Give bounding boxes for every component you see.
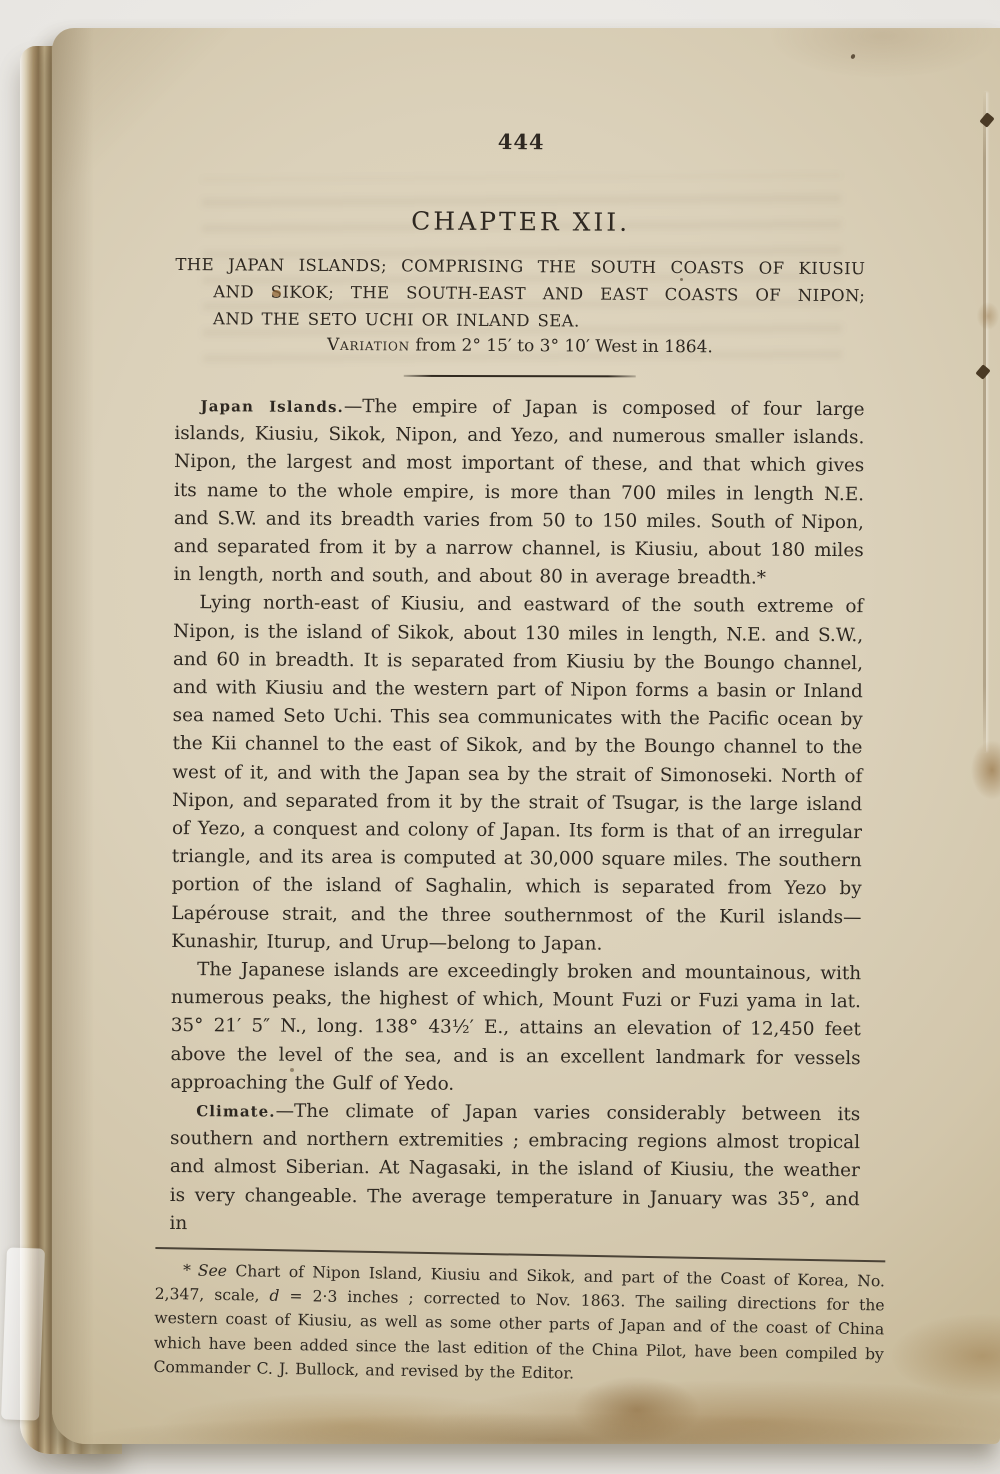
photo-backdrop: 444 CHAPTER XII. THE JAPAN ISLANDS; COMP… <box>0 0 1000 1474</box>
paragraph-text: The Japanese islands are exceedingly bro… <box>170 959 861 1094</box>
paragraph-lead: Japan Islands. <box>200 397 343 416</box>
footnote-see: See <box>198 1262 227 1280</box>
plastic-sleeve <box>1 1247 45 1420</box>
section-rule <box>404 375 636 378</box>
body-paragraph: Lying north-east of Kiusiu, and eastward… <box>171 589 863 960</box>
footnote-d-variable: d <box>269 1287 279 1305</box>
footnote-marker: * <box>183 1261 191 1279</box>
body-text: Japan Islands.—The empire of Japan is co… <box>169 392 865 1383</box>
paragraph-text: —The empire of Japan is composed of four… <box>173 396 864 589</box>
variation-line: Variation from 2° 15′ to 3° 10′ West in … <box>175 334 865 358</box>
paragraph-text: Lying north-east of Kiusiu, and eastward… <box>171 593 863 955</box>
variation-rest: from 2° 15′ to 3° 10′ West in 1864. <box>410 335 713 357</box>
fox-spot <box>272 290 281 297</box>
chapter-title: CHAPTER XII. <box>176 205 866 238</box>
book-page: 444 CHAPTER XII. THE JAPAN ISLANDS; COMP… <box>52 28 1000 1444</box>
footnote: *See Chart of Nipon Island, Kiusiu and S… <box>153 1258 885 1390</box>
variation-word: Variation <box>327 335 410 356</box>
body-paragraph: Japan Islands.—The empire of Japan is co… <box>173 392 864 594</box>
page-content: 444 CHAPTER XII. THE JAPAN ISLANDS; COMP… <box>44 26 1000 1448</box>
text-column: 444 CHAPTER XII. THE JAPAN ISLANDS; COMP… <box>177 27 867 31</box>
page-number: 444 <box>176 127 866 156</box>
page-crease-line <box>983 92 986 752</box>
body-paragraph: The Japanese islands are exceedingly bro… <box>170 956 861 1101</box>
body-paragraph: Climate.—The climate of Japan varies con… <box>169 1097 860 1242</box>
chapter-heading-line: THE JAPAN ISLANDS; COMPRISING THE SOUTH … <box>175 251 865 282</box>
paragraph-lead: Climate. <box>196 1102 276 1120</box>
fox-spot <box>290 1068 294 1072</box>
footnote-block: *See Chart of Nipon Island, Kiusiu and S… <box>153 1248 885 1390</box>
chapter-heading-line: AND THE SETO UCHI OR INLAND SEA. <box>175 305 865 336</box>
fox-spot <box>680 278 683 281</box>
